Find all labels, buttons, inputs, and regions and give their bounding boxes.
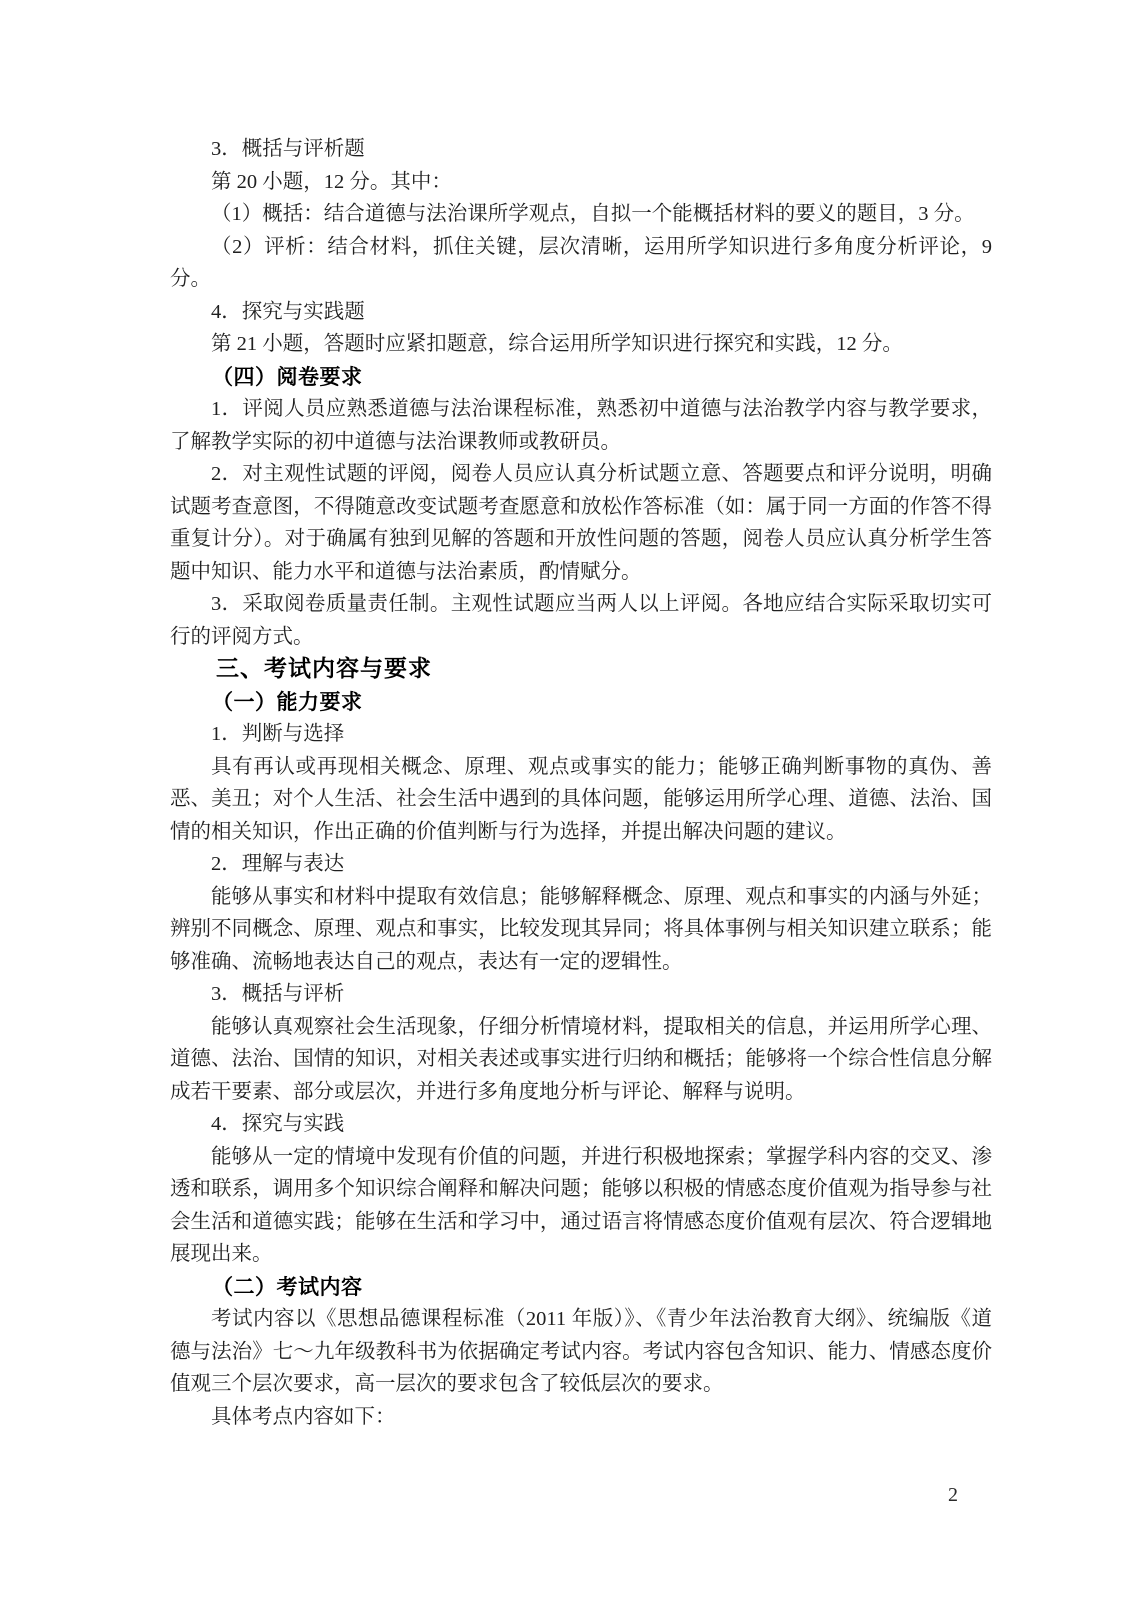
paragraph: 考试内容以《思想品德课程标准（2011 年版）》、《青少年法治教育大纲》、统编版… xyxy=(170,1303,992,1401)
paragraph: 3．采取阅卷质量责任制。主观性试题应当两人以上评阅。各地应结合实际采取切实可行的… xyxy=(170,588,992,653)
paragraph: 1．判断与选择 xyxy=(170,718,992,751)
paragraph: 3．概括与评析题 xyxy=(170,133,992,166)
paragraph: （2）评析：结合材料，抓住关键，层次清晰，运用所学知识进行多角度分析评论，9 分… xyxy=(170,231,992,296)
paragraph: 3．概括与评析 xyxy=(170,978,992,1011)
paragraph: 能够从事实和材料中提取有效信息；能够解释概念、原理、观点和事实的内涵与外延；辨别… xyxy=(170,881,992,979)
paragraph: 能够从一定的情境中发现有价值的问题，并进行积极地探索；掌握学科内容的交叉、渗透和… xyxy=(170,1141,992,1271)
sub-heading: （一）能力要求 xyxy=(170,686,992,719)
paragraph: 第 21 小题，答题时应紧扣题意，综合运用所学知识进行探究和实践，12 分。 xyxy=(170,328,992,361)
paragraph: 4．探究与实践题 xyxy=(170,296,992,329)
paragraph: 具有再认或再现相关概念、原理、观点或事实的能力；能够正确判断事物的真伪、善恶、美… xyxy=(170,751,992,849)
sub-heading: （四）阅卷要求 xyxy=(170,361,992,394)
paragraph: 能够认真观察社会生活现象，仔细分析情境材料，提取相关的信息，并运用所学心理、道德… xyxy=(170,1011,992,1109)
paragraph: 4．探究与实践 xyxy=(170,1108,992,1141)
document-body: 3．概括与评析题第 20 小题，12 分。其中：（1）概括：结合道德与法治课所学… xyxy=(170,133,992,1433)
document-page: 3．概括与评析题第 20 小题，12 分。其中：（1）概括：结合道德与法治课所学… xyxy=(0,0,1131,1600)
paragraph: 具体考点内容如下： xyxy=(170,1401,992,1434)
section-heading: 三、考试内容与要求 xyxy=(170,653,992,686)
paragraph: 第 20 小题，12 分。其中： xyxy=(170,166,992,199)
page-number: 2 xyxy=(948,1482,958,1508)
paragraph: 1．评阅人员应熟悉道德与法治课程标准，熟悉初中道德与法治教学内容与教学要求，了解… xyxy=(170,393,992,458)
paragraph: 2．理解与表达 xyxy=(170,848,992,881)
sub-heading: （二）考试内容 xyxy=(170,1271,992,1304)
paragraph: （1）概括：结合道德与法治课所学观点，自拟一个能概括材料的要义的题目，3 分。 xyxy=(170,198,992,231)
paragraph: 2．对主观性试题的评阅，阅卷人员应认真分析试题立意、答题要点和评分说明，明确试题… xyxy=(170,458,992,588)
